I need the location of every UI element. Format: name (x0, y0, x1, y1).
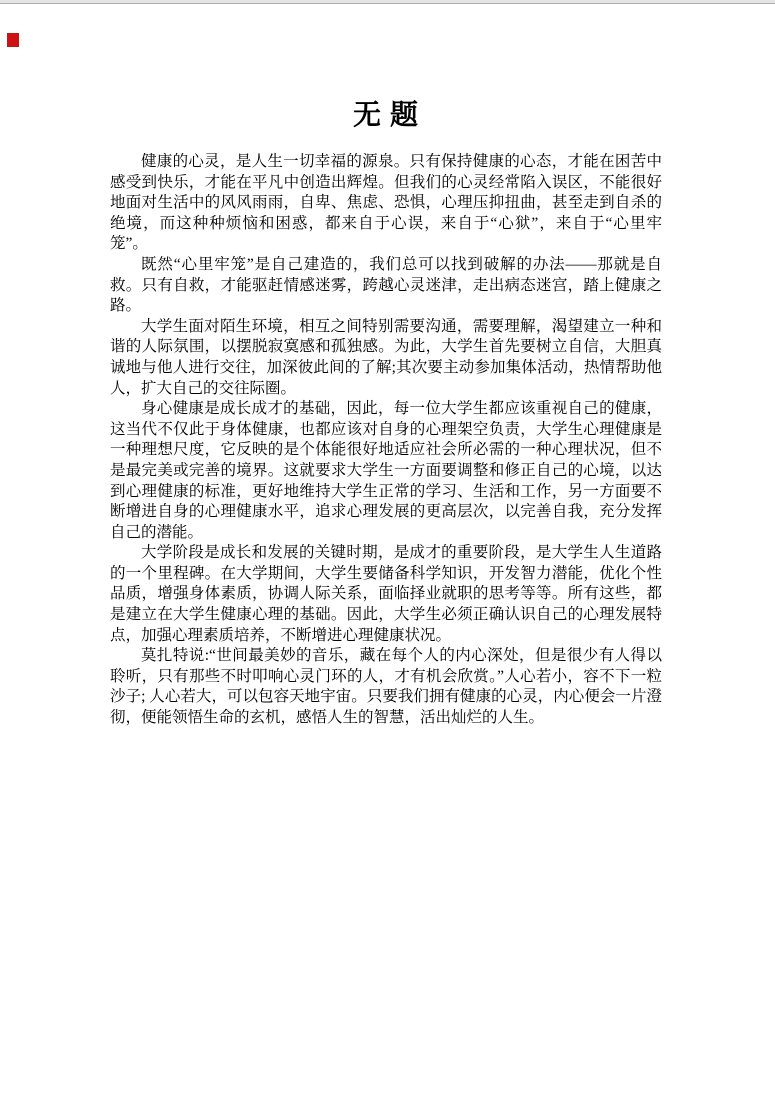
document-page: 无 题 健康的心灵，是人生一切幸福的源泉。只有保持健康的心态，才能在困苦中感受到… (110, 98, 662, 729)
paragraph: 大学阶段是成长和发展的关键时期，是成才的重要阶段，是大学生人生道路的一个里程碑。… (110, 543, 662, 646)
paragraph: 身心健康是成长成才的基础，因此，每一位大学生都应该重视自己的健康，这当代不仅此于… (110, 399, 662, 543)
paragraph: 既然“心里牢笼”是自己建造的，我们总可以找到破解的办法——那就是自救。只有自救，… (110, 255, 662, 317)
document-body: 健康的心灵，是人生一切幸福的源泉。只有保持健康的心态，才能在困苦中感受到快乐，才… (110, 152, 662, 729)
red-marker-icon (7, 33, 19, 47)
document-title: 无 题 (110, 98, 662, 134)
window-top-bar (0, 0, 775, 4)
paragraph: 莫扎特说:“世间最美妙的音乐，藏在每个人的内心深处，但是很少有人得以聆听，只有那… (110, 646, 662, 728)
paragraph: 大学生面对陌生环境，相互之间特别需要沟通，需要理解，渴望建立一种和谐的人际氛围，… (110, 317, 662, 399)
paragraph: 健康的心灵，是人生一切幸福的源泉。只有保持健康的心态，才能在困苦中感受到快乐，才… (110, 152, 662, 255)
